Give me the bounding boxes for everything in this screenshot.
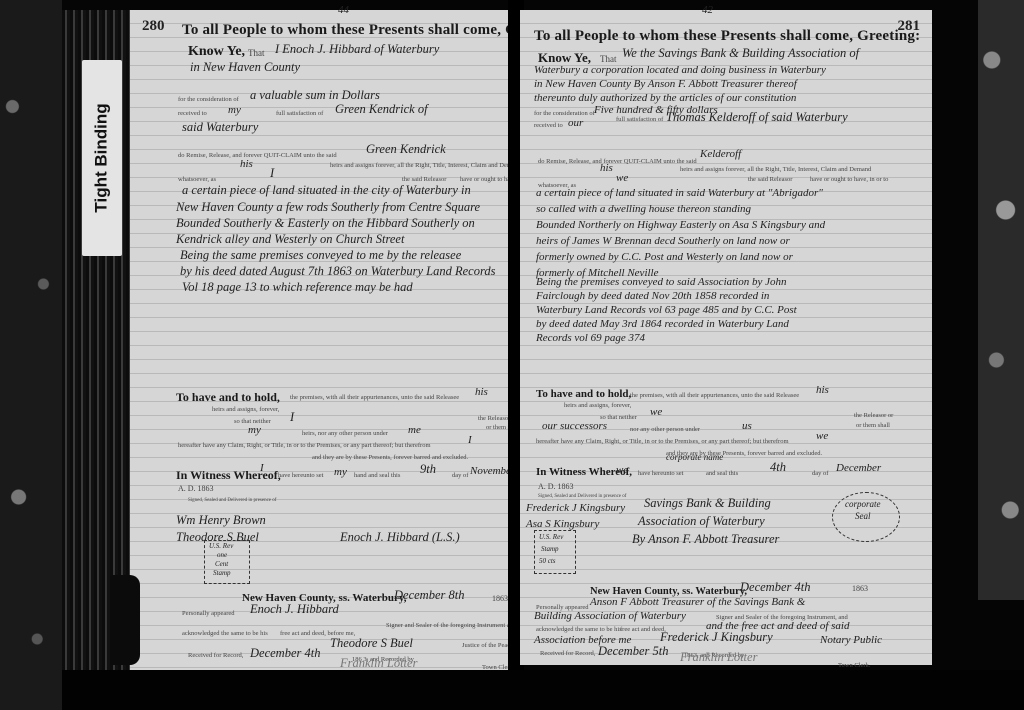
description-line: a certain piece of land situated in the … bbox=[182, 183, 471, 198]
signer-label: Signer and Sealer of the foregoing Instr… bbox=[386, 622, 516, 629]
description-line: formerly owned by C.C. Post and Westerly… bbox=[536, 251, 793, 263]
received-to: my bbox=[228, 104, 241, 116]
the-releasor-or: the Releasor or bbox=[854, 412, 893, 419]
deed-heading: To all People to whom these Presents sha… bbox=[534, 28, 920, 45]
personally-value: Anson F Abbott Treasurer of the Savings … bbox=[590, 596, 805, 608]
revenue-stamp-box: U.S. Rev Stamp 50 cts bbox=[534, 530, 576, 574]
stamp-line: Stamp bbox=[541, 545, 559, 553]
full-satisfaction-label: full satisfaction of bbox=[616, 116, 663, 123]
releasor-label: the said Releasor bbox=[402, 176, 446, 183]
hand-seal-label: hand and seal this bbox=[354, 472, 400, 479]
stamp-line: Cent bbox=[215, 560, 228, 568]
month: December bbox=[836, 462, 881, 474]
description-line: Records vol 69 page 374 bbox=[536, 332, 645, 344]
our-successors: our successors bbox=[542, 420, 607, 432]
acknowledged-label: acknowledged the same to be his bbox=[182, 630, 268, 637]
barred-label: and they are by these Presents, forever … bbox=[312, 454, 468, 461]
description-line: Vol 18 page 13 to which reference may be… bbox=[182, 280, 413, 295]
that-label: That bbox=[600, 54, 617, 64]
under-value: us bbox=[742, 420, 752, 432]
description-line: heirs of James W Brennan decd Southerly … bbox=[536, 235, 790, 247]
remise-grantee: Kelderoff bbox=[700, 148, 741, 160]
received-label: received to bbox=[178, 110, 207, 117]
scan-background bbox=[62, 670, 1024, 710]
marbled-cover-right bbox=[978, 0, 1024, 600]
signed-label: Signed, Sealed and Delivered in presence… bbox=[538, 494, 626, 499]
grantee-line2: said Waterbury bbox=[182, 120, 258, 135]
county-date: December 4th bbox=[740, 580, 810, 595]
tight-binding-text: Tight Binding bbox=[92, 103, 112, 212]
notary-label: Notary Public bbox=[820, 634, 882, 646]
marbled-cover-left bbox=[0, 0, 62, 710]
stamp-line: one bbox=[217, 551, 227, 559]
personally-value: Enoch J. Hibbard bbox=[250, 602, 339, 617]
heirs-label: heirs and assigns forever, all the Right… bbox=[680, 166, 871, 173]
received-record-date: December 5th bbox=[598, 644, 668, 659]
know-ye: Know Ye, bbox=[188, 44, 245, 60]
description-line: New Haven County a few rods Southerly fr… bbox=[176, 200, 480, 215]
heirs-nor-label: heirs, nor any other person under bbox=[302, 430, 388, 437]
left-page: 280 44 To all People to whom these Prese… bbox=[130, 10, 512, 670]
habendum-pronoun: his bbox=[475, 386, 488, 398]
description-line: Waterbury Land Records vol 63 page 485 a… bbox=[536, 304, 797, 316]
neither-value: I bbox=[290, 410, 294, 425]
received-record-date: December 4th bbox=[250, 646, 320, 661]
day-of-label: day of bbox=[812, 470, 828, 477]
releasor-label: the said Releasor bbox=[748, 176, 792, 183]
witness-pronoun: we bbox=[616, 464, 628, 476]
heirs-nor-label: nor any other person under bbox=[630, 426, 700, 433]
consideration: a valuable sum in Dollars bbox=[250, 88, 380, 103]
witness-hand: my bbox=[334, 466, 347, 478]
signed-label: Signed, Sealed and Delivered in presence… bbox=[188, 498, 276, 503]
witness-pronoun: I bbox=[260, 462, 264, 474]
description-line: Bounded Northerly on Highway Easterly on… bbox=[536, 219, 825, 231]
description-line: Kendrick alley and Westerly on Church St… bbox=[176, 232, 404, 247]
day-of-label: day of bbox=[452, 472, 468, 479]
witness-hand: corporate name bbox=[666, 452, 723, 462]
received-to: our bbox=[568, 117, 583, 129]
justice-label: Justice of the Peace bbox=[462, 642, 513, 649]
seal-line: Seal bbox=[855, 511, 871, 521]
grantor-signature-line: By Anson F. Abbott Treasurer bbox=[632, 532, 779, 547]
page-curl-shadow bbox=[110, 575, 140, 665]
day: 9th bbox=[420, 462, 436, 477]
heirs-pronoun: his bbox=[600, 162, 613, 174]
justice-signature: Theodore S Buel bbox=[330, 636, 413, 651]
description-line: so called with a dwelling house thereon … bbox=[536, 203, 751, 215]
grantor-line: in New Haven County By Anson F. Abbott T… bbox=[534, 78, 797, 90]
witness-signature: Asa S Kingsbury bbox=[526, 518, 599, 530]
witness-text: have hereunto set bbox=[278, 472, 323, 479]
grantor-signature-line: Association of Waterbury bbox=[638, 514, 765, 529]
consideration-label: for the consideration of bbox=[534, 110, 595, 117]
description-line: Being the premises conveyed to said Asso… bbox=[536, 276, 787, 288]
hereafter-label: hereafter have any Claim, Right, or Titl… bbox=[536, 438, 789, 445]
under-value: me bbox=[408, 424, 421, 436]
habendum-title: To have and to hold, bbox=[176, 390, 280, 405]
witness-signature: Frederick J Kingsbury bbox=[526, 502, 625, 514]
right-page: 281 42 To all People to whom these Prese… bbox=[520, 10, 932, 665]
personally-label: Personally appeared bbox=[182, 610, 235, 617]
seal-line: corporate bbox=[845, 499, 881, 509]
grantor: I Enoch J. Hibbard of Waterbury bbox=[275, 42, 439, 57]
consideration-label: for the consideration of bbox=[178, 96, 239, 103]
releasor-suffix: have or ought to have, in or to bbox=[810, 176, 888, 183]
corporate-seal: corporate Seal bbox=[832, 492, 900, 542]
neither-value: we bbox=[650, 406, 662, 418]
whatsoever-value: I bbox=[270, 166, 274, 181]
revenue-stamp-box: U.S. Rev one Cent Stamp bbox=[204, 540, 250, 584]
witness-title: In Witness Whereof, bbox=[176, 468, 281, 483]
heirs-assigns: heirs and assigns, forever, bbox=[564, 402, 631, 409]
marginal-mark: 42 bbox=[702, 4, 713, 16]
received-label: received to bbox=[534, 122, 563, 129]
clerk-signature: Franklin Lotter bbox=[340, 656, 417, 671]
hand-seal-label: and seal this bbox=[706, 470, 738, 477]
acknowledged-label: acknowledged the same to be his bbox=[536, 626, 622, 633]
hereafter-label: hereafter have any Claim, Right, or Titl… bbox=[178, 442, 431, 449]
personally-line2: Building Association of Waterbury bbox=[534, 610, 686, 622]
grantor-signature: Enoch J. Hibbard (L.S.) bbox=[340, 530, 460, 545]
stamp-line: U.S. Rev bbox=[209, 542, 233, 550]
ad-label: A. D. 1863 bbox=[538, 482, 574, 491]
description-line: Fairclough by deed dated Nov 20th 1858 r… bbox=[536, 290, 769, 302]
description-line: a certain piece of land situated in said… bbox=[536, 187, 823, 199]
town-clerk-label: Town Clerk. bbox=[838, 662, 870, 669]
habendum-text: the premises, with all their appurtenanc… bbox=[290, 394, 459, 401]
grantor-line2: in New Haven County bbox=[190, 60, 300, 75]
received-record-label: Received for Record, bbox=[540, 650, 595, 657]
tight-binding-label: Tight Binding bbox=[82, 60, 122, 256]
stamp-line: Stamp bbox=[213, 569, 231, 577]
marginal-mark: 44 bbox=[338, 4, 349, 16]
remise-label: do Remise, Release, and forever QUIT-CLA… bbox=[538, 158, 697, 165]
remise-label: do Remise, Release, and forever QUIT-CLA… bbox=[178, 152, 337, 159]
remise-grantee: Green Kendrick bbox=[366, 142, 446, 157]
therefrom-value: we bbox=[816, 430, 828, 442]
grantor: We the Savings Bank & Building Associati… bbox=[622, 46, 859, 61]
whatsoever-label: whatsoever, as bbox=[178, 176, 216, 183]
stamp-line: U.S. Rev bbox=[539, 533, 563, 541]
day: 4th bbox=[770, 460, 786, 475]
heirs-label: heirs and assigns forever, all the Right… bbox=[330, 162, 521, 169]
whatsoever-value: we bbox=[616, 172, 628, 184]
my-value: my bbox=[248, 424, 261, 436]
description-line: Bounded Southerly & Easterly on the Hibb… bbox=[176, 216, 475, 231]
county-year: 1863 bbox=[852, 584, 868, 593]
habendum-pronoun: his bbox=[816, 384, 829, 396]
received-record-label: Received for Record, bbox=[188, 652, 243, 659]
habendum-text: the premises, with all their appurtenanc… bbox=[630, 392, 799, 399]
grantee: Thomas Kelderoff of said Waterbury bbox=[666, 110, 848, 125]
description-line: by his deed dated August 7th 1863 on Wat… bbox=[180, 264, 496, 279]
page-number: 280 bbox=[142, 18, 165, 35]
description-line: Being the same premises conveyed to me b… bbox=[180, 248, 461, 263]
clerk-signature: Franklin Lotter bbox=[680, 650, 757, 665]
habendum-title: To have and to hold, bbox=[536, 388, 631, 400]
grantor-line: Waterbury a corporation located and doin… bbox=[534, 64, 826, 76]
heirs-pronoun: his bbox=[240, 158, 253, 170]
ad-label: A. D. 1863 bbox=[178, 484, 214, 493]
therefrom-value: I bbox=[468, 434, 472, 446]
description-line: by deed dated May 3rd 1864 recorded in W… bbox=[536, 318, 789, 330]
free-act-label: free act and deed, bbox=[620, 626, 666, 633]
full-satisfaction-label: full satisfaction of bbox=[276, 110, 323, 117]
witness-text: have hereunto set bbox=[638, 470, 683, 477]
heirs-assigns: heirs and assigns, forever, bbox=[212, 406, 279, 413]
grantor-signature-line: Savings Bank & Building bbox=[644, 496, 771, 511]
notary-signature: Frederick J Kingsbury bbox=[660, 630, 773, 645]
grantee: Green Kendrick of bbox=[335, 102, 428, 117]
grantor-line: thereunto duly authorized by the article… bbox=[534, 92, 796, 104]
county-year: 1863 bbox=[492, 594, 508, 603]
stamp-line: 50 cts bbox=[539, 557, 556, 565]
witness-signature: Wm Henry Brown bbox=[176, 513, 266, 528]
or-them-shall: or them shall bbox=[856, 422, 890, 429]
county-date: December 8th bbox=[394, 588, 464, 603]
that-label: That bbox=[248, 48, 265, 58]
